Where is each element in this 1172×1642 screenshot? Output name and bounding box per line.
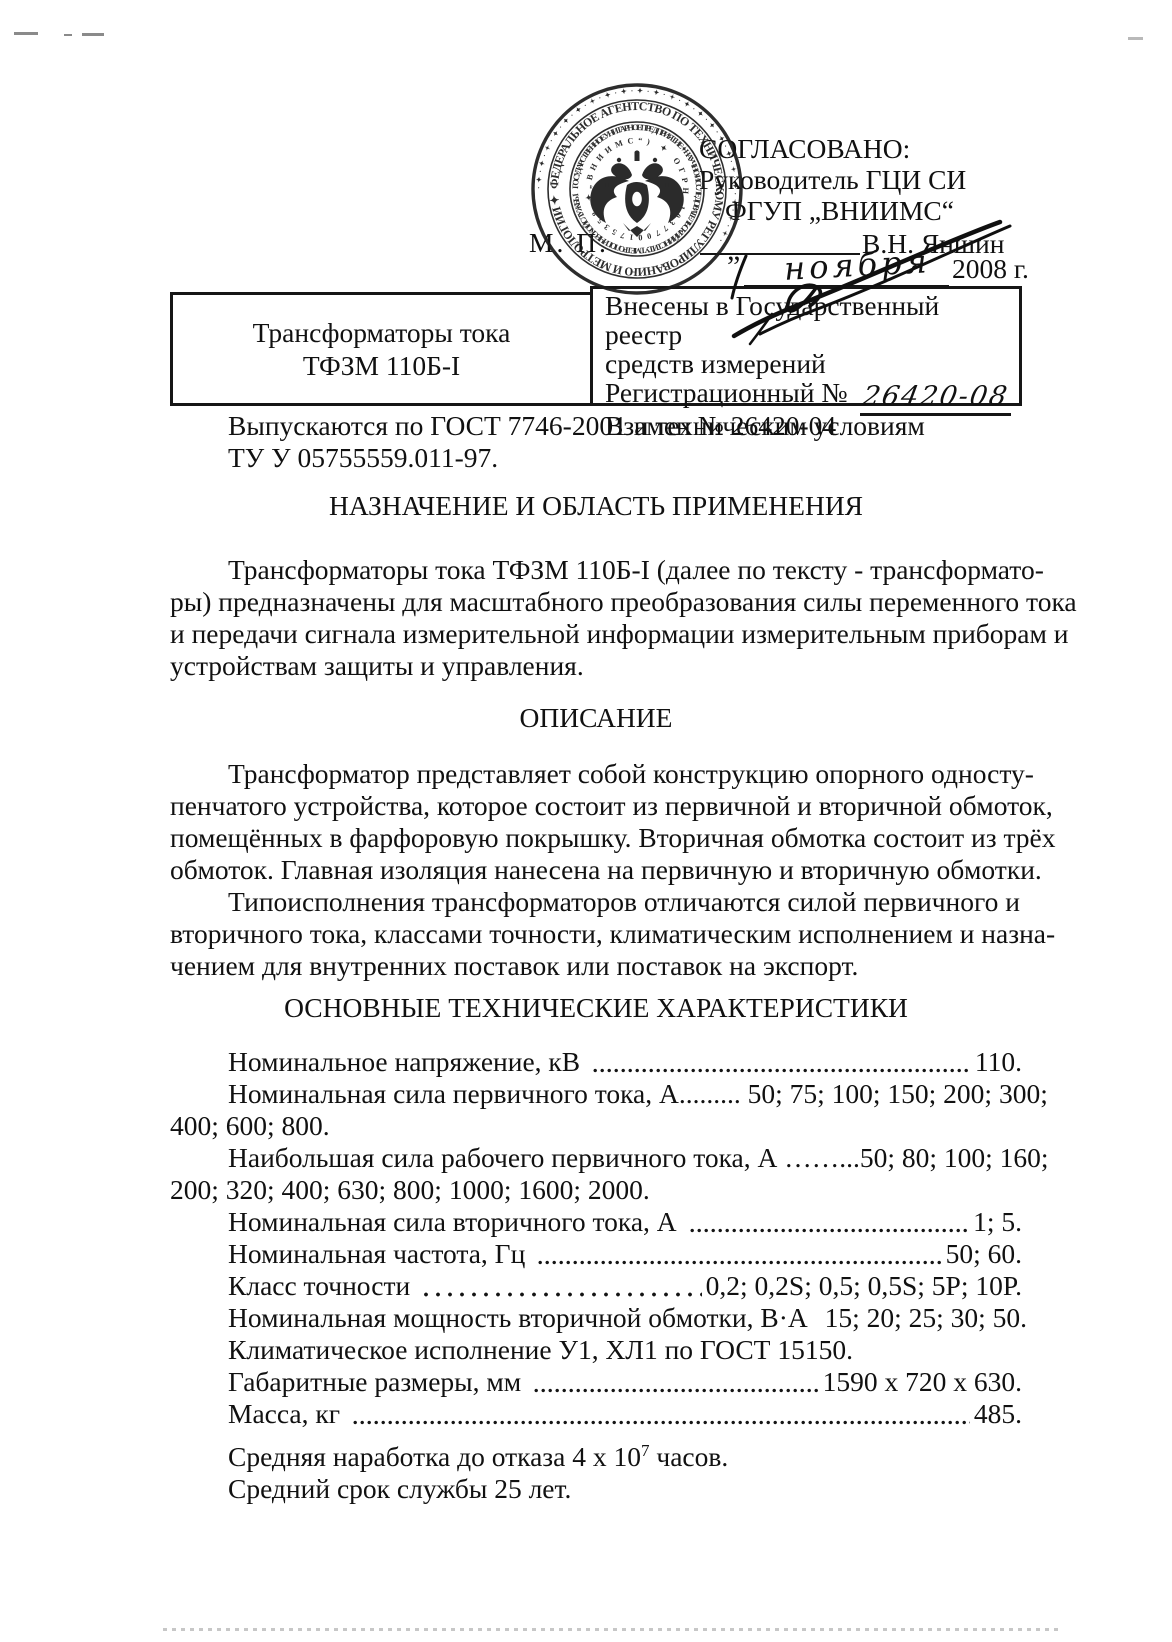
text-line: Средний срок службы 25 лет.: [170, 1473, 1022, 1505]
section-title-purpose: НАЗНАЧЕНИЕ И ОБЛАСТЬ ПРИМЕНЕНИЯ: [170, 490, 1022, 522]
scan-artifact: [82, 33, 104, 36]
section-title-specs: ОСНОВНЫЕ ТЕХНИЧЕСКИЕ ХАРАКТЕРИСТИКИ: [170, 992, 1022, 1024]
spec-line: Номинальная частота, Гц 50; 60.: [170, 1238, 1022, 1270]
spec-line: Средняя наработка до отказа 4 х 107 часо…: [170, 1435, 1022, 1473]
text-line: чением для внутренних поставок или поста…: [170, 950, 1022, 982]
document-body: Выпускаются по ГОСТ 7746-2001 и техничес…: [170, 410, 1022, 1505]
spec-label: Номинальное напряжение, кВ: [228, 1046, 587, 1078]
text-line: Трансформатор представляет собой констру…: [170, 758, 1022, 790]
registration-number-row: Регистрационный № 26420-08: [605, 378, 1011, 411]
spec-line: Номинальная сила вторичного тока, А 1; 5…: [170, 1206, 1022, 1238]
registration-number-label: Регистрационный №: [605, 378, 848, 407]
double-headed-eagle-icon: [590, 150, 684, 237]
text-line: ры) предназначены для масштабного преобр…: [170, 586, 1022, 618]
dot-leader: [593, 1068, 971, 1073]
registry-entry-line: средств измерений: [605, 349, 1011, 378]
spec-line: Масса, кг 485.: [170, 1398, 1022, 1430]
purpose-paragraph: Трансформаторы тока ТФЗМ 110Б-I (далее п…: [170, 554, 1022, 682]
text-line: обмоток. Главная изоляция нанесена на пе…: [170, 854, 1022, 886]
registration-number-blank: 26420-08: [860, 383, 1011, 416]
product-model: ТФЗМ 110Б-I: [173, 349, 590, 382]
handwritten-signature: [688, 196, 1028, 346]
spec-value: 485.: [974, 1398, 1022, 1430]
spec-label: Номинальная сила вторичного тока, А: [228, 1206, 684, 1238]
text-line: Типоисполнения трансформаторов отличаютс…: [170, 886, 1022, 918]
scan-artifact: [64, 34, 72, 36]
text-line: и передачи сигнала измерительной информа…: [170, 618, 1022, 650]
dot-leader: [690, 1228, 970, 1233]
dot-leader: [423, 1292, 702, 1297]
text-line: вторичного тока, классами точности, клим…: [170, 918, 1022, 950]
scan-artifact: [14, 32, 38, 35]
dot-leader: [353, 1420, 970, 1425]
spec-value: 1; 5.: [973, 1206, 1022, 1238]
spec-line: Габаритные размеры, мм 1590 х 720 х 630.: [170, 1366, 1022, 1398]
product-name: Трансформаторы тока: [173, 316, 590, 349]
scan-bleed-through-line: [163, 1628, 1060, 1631]
text-line: Наибольшая сила рабочего первичного тока…: [170, 1142, 1022, 1174]
scanned-document-page: · ✦ · ✦ · ✦ · ✦ · ✦ · ✦ · ✦ · ✦ · ✦ · ✦ …: [0, 0, 1172, 1642]
spec-label: Номинальная мощность вторичной обмотки, …: [228, 1302, 815, 1334]
spec-label: Габаритные размеры, мм: [228, 1366, 528, 1398]
spec-line: Номинальная мощность вторичной обмотки, …: [170, 1302, 1022, 1334]
scan-artifact: [1128, 37, 1143, 40]
dot-leader: [534, 1388, 819, 1393]
dot-leader: [538, 1260, 941, 1265]
spec-value: 1590 х 720 х 630.: [823, 1366, 1022, 1398]
text-line: 400; 600; 800.: [170, 1110, 1022, 1142]
spec-value: 110.: [975, 1046, 1022, 1078]
text-line: 200; 320; 400; 630; 800; 1000; 1600; 200…: [170, 1174, 1022, 1206]
text-line: помещённых в фарфоровую покрышку. Вторич…: [170, 822, 1022, 854]
approval-role: Руководитель ГЦИ СИ: [699, 164, 1029, 195]
product-title-box: Трансформаторы тока ТФЗМ 110Б-I: [170, 292, 593, 406]
spec-line: Класс точности 0,2; 0,2S; 0,5; 0,5S; 5P;…: [170, 1270, 1022, 1302]
text-line: устройствам защиты и управления.: [170, 650, 1022, 682]
text-line: пенчатого устройства, которое состоит из…: [170, 790, 1022, 822]
spec-value: 15; 20; 25; 30; 50.: [825, 1302, 1027, 1334]
description-paragraph-2: Типоисполнения трансформаторов отличаютс…: [170, 886, 1022, 982]
description-paragraph-1: Трансформатор представляет собой констру…: [170, 758, 1022, 886]
section-title-description: ОПИСАНИЕ: [170, 702, 1022, 734]
spec-value: 50; 60.: [946, 1238, 1022, 1270]
spec-line: Номинальное напряжение, кВ 110.: [170, 1046, 1022, 1078]
text-line: Климатическое исполнение У1, ХЛ1 по ГОСТ…: [170, 1334, 1022, 1366]
approval-title: СОГЛАСОВАНО:: [699, 133, 1029, 164]
specs-list: Номинальное напряжение, кВ 110.Номинальн…: [170, 1046, 1022, 1505]
text-line: ТУ У 05755559.011-97.: [170, 442, 1022, 474]
handwritten-registration-number: 26420-08: [860, 382, 1010, 411]
spec-label: Номинальная частота, Гц: [228, 1238, 532, 1270]
spec-label: Класс точности: [228, 1270, 417, 1302]
text-line: Номинальная сила первичного тока, А.....…: [170, 1078, 1022, 1110]
spec-value: 0,2; 0,2S; 0,5; 0,5S; 5P; 10P.: [706, 1270, 1022, 1302]
text-line: Трансформаторы тока ТФЗМ 110Б-I (далее п…: [170, 554, 1022, 586]
spec-label: Масса, кг: [228, 1398, 347, 1430]
